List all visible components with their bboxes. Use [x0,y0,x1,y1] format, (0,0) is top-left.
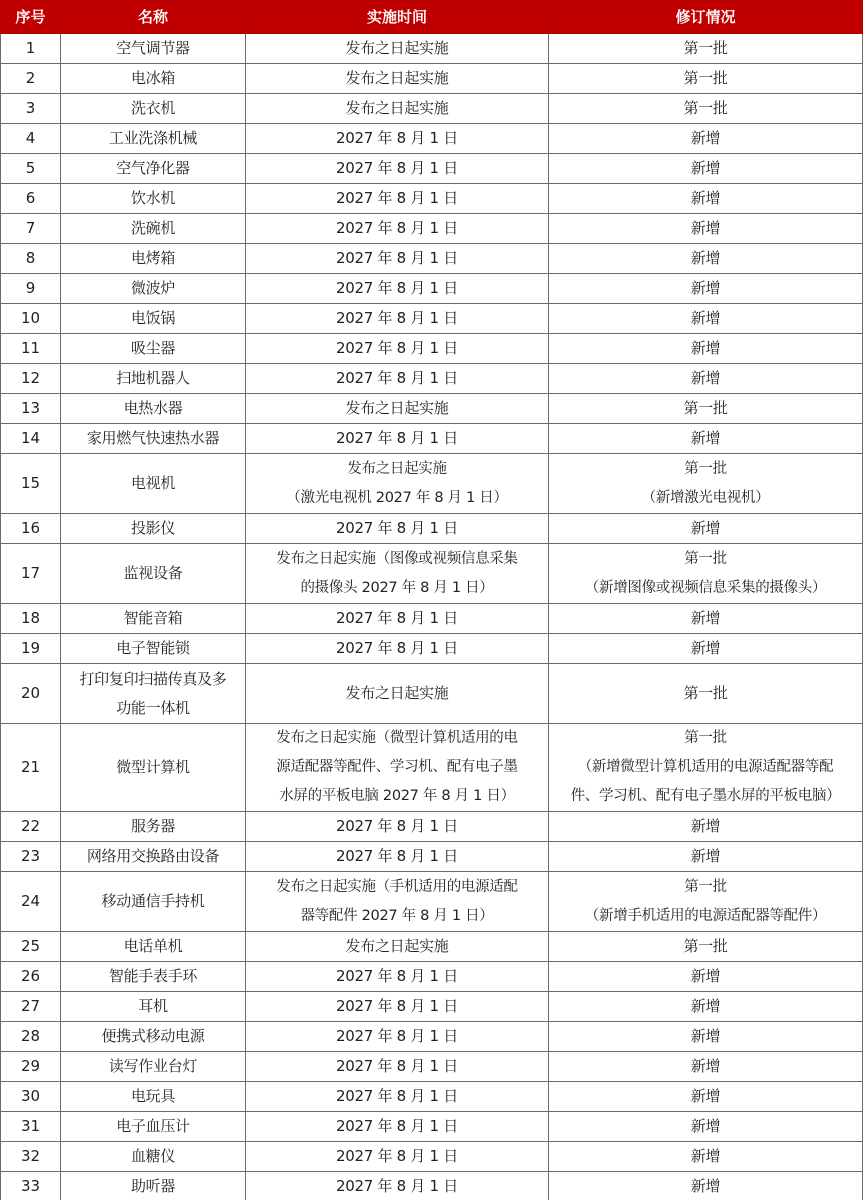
cell-text-line: （激光电视机 2027 年 8 月 1 日） [248,484,546,513]
table-row: 6饮水机2027 年 8 月 1 日新增 [1,184,863,214]
cell-text-line: 发布之日起实施 [248,455,546,484]
cell-revision-status: 新增 [549,812,863,842]
table-row: 4工业洗涤机械2027 年 8 月 1 日新增 [1,124,863,154]
cell-text-line: 功能一体机 [63,694,243,723]
table-row: 12扫地机器人2027 年 8 月 1 日新增 [1,364,863,394]
cell-text-line: 发布之日起实施 [248,34,546,63]
table-row: 1空气调节器发布之日起实施第一批 [1,34,863,64]
cell-text-line: 新增 [551,1022,860,1051]
cell-text-line: 发布之日起实施 [248,94,546,123]
cell-name: 耳机 [61,992,246,1022]
cell-text-line: 电饭锅 [63,304,243,333]
table-row: 30电玩具2027 年 8 月 1 日新增 [1,1082,863,1112]
cell-serial-number: 20 [1,664,61,724]
cell-text-line: 2027 年 8 月 1 日 [248,992,546,1021]
cell-text-line: 发布之日起实施（手机适用的电源适配 [248,873,546,902]
cell-implementation-date: 发布之日起实施（微型计算机适用的电源适配器等配件、学习机、配有电子墨水屏的平板电… [246,724,549,812]
table-row: 22服务器2027 年 8 月 1 日新增 [1,812,863,842]
cell-name: 智能音箱 [61,604,246,634]
table-row: 29读写作业台灯2027 年 8 月 1 日新增 [1,1052,863,1082]
cell-text-line: （新增激光电视机） [551,484,860,513]
cell-text-line: 第一批 [551,94,860,123]
cell-text-line: 电子智能锁 [63,634,243,663]
cell-text-line: 新增 [551,992,860,1021]
cell-revision-status: 第一批 [549,34,863,64]
cell-serial-number: 26 [1,962,61,992]
table-row: 32血糖仪2027 年 8 月 1 日新增 [1,1142,863,1172]
cell-revision-status: 新增 [549,1142,863,1172]
table-row: 15电视机发布之日起实施（激光电视机 2027 年 8 月 1 日）第一批（新增… [1,454,863,514]
cell-serial-number: 27 [1,992,61,1022]
cell-implementation-date: 2027 年 8 月 1 日 [246,1052,549,1082]
table-row: 3洗衣机发布之日起实施第一批 [1,94,863,124]
cell-text-line: 电烤箱 [63,244,243,273]
cell-text-line: 新增 [551,842,860,871]
cell-serial-number: 7 [1,214,61,244]
cell-revision-status: 新增 [549,962,863,992]
cell-text-line: 吸尘器 [63,334,243,363]
cell-implementation-date: 发布之日起实施（激光电视机 2027 年 8 月 1 日） [246,454,549,514]
cell-name: 读写作业台灯 [61,1052,246,1082]
header-implementation-date: 实施时间 [246,1,549,34]
cell-text-line: 发布之日起实施 [248,394,546,423]
cell-name: 服务器 [61,812,246,842]
cell-text-line: 发布之日起实施 [248,932,546,961]
cell-revision-status: 新增 [549,334,863,364]
cell-name: 智能手表手环 [61,962,246,992]
cell-name: 微型计算机 [61,724,246,812]
cell-text-line: 发布之日起实施 [248,64,546,93]
cell-text-line: 电子血压计 [63,1112,243,1141]
cell-text-line: 新增 [551,634,860,663]
table-row: 23网络用交换路由设备2027 年 8 月 1 日新增 [1,842,863,872]
cell-implementation-date: 2027 年 8 月 1 日 [246,962,549,992]
cell-name: 监视设备 [61,544,246,604]
cell-revision-status: 第一批（新增激光电视机） [549,454,863,514]
cell-serial-number: 32 [1,1142,61,1172]
table-row: 28便携式移动电源2027 年 8 月 1 日新增 [1,1022,863,1052]
cell-text-line: （新增图像或视频信息采集的摄像头） [551,574,860,603]
table-row: 18智能音箱2027 年 8 月 1 日新增 [1,604,863,634]
cell-serial-number: 23 [1,842,61,872]
cell-revision-status: 新增 [549,1022,863,1052]
table-row: 8电烤箱2027 年 8 月 1 日新增 [1,244,863,274]
cell-text-line: 服务器 [63,812,243,841]
cell-name: 电玩具 [61,1082,246,1112]
cell-text-line: 扫地机器人 [63,364,243,393]
cell-implementation-date: 2027 年 8 月 1 日 [246,812,549,842]
cell-name: 电视机 [61,454,246,514]
cell-text-line: 新增 [551,1082,860,1111]
cell-text-line: 新增 [551,124,860,153]
cell-text-line: 2027 年 8 月 1 日 [248,334,546,363]
cell-revision-status: 新增 [549,634,863,664]
cell-text-line: 洗碗机 [63,214,243,243]
cell-serial-number: 19 [1,634,61,664]
cell-text-line: 耳机 [63,992,243,1021]
cell-revision-status: 新增 [549,514,863,544]
cell-text-line: 新增 [551,244,860,273]
cell-text-line: 新增 [551,214,860,243]
cell-revision-status: 新增 [549,604,863,634]
cell-revision-status: 新增 [549,214,863,244]
cell-text-line: 电视机 [63,469,243,498]
cell-text-line: 2027 年 8 月 1 日 [248,842,546,871]
cell-text-line: 发布之日起实施 [248,679,546,708]
cell-revision-status: 第一批（新增微型计算机适用的电源适配器等配件、学习机、配有电子墨水屏的平板电脑） [549,724,863,812]
cell-revision-status: 新增 [549,1082,863,1112]
cell-implementation-date: 2027 年 8 月 1 日 [246,604,549,634]
cell-revision-status: 新增 [549,1052,863,1082]
cell-serial-number: 16 [1,514,61,544]
cell-text-line: 第一批 [551,932,860,961]
cell-text-line: 电话单机 [63,932,243,961]
cell-text-line: 智能手表手环 [63,962,243,991]
cell-serial-number: 28 [1,1022,61,1052]
cell-name: 电饭锅 [61,304,246,334]
cell-text-line: 2027 年 8 月 1 日 [248,962,546,991]
cell-text-line: 第一批 [551,679,860,708]
table-row: 21微型计算机发布之日起实施（微型计算机适用的电源适配器等配件、学习机、配有电子… [1,724,863,812]
cell-revision-status: 第一批 [549,394,863,424]
cell-text-line: 工业洗涤机械 [63,124,243,153]
cell-implementation-date: 2027 年 8 月 1 日 [246,1142,549,1172]
cell-serial-number: 31 [1,1112,61,1142]
cell-text-line: 2027 年 8 月 1 日 [248,604,546,633]
cell-text-line: 读写作业台灯 [63,1052,243,1081]
cell-text-line: 血糖仪 [63,1142,243,1171]
cell-implementation-date: 2027 年 8 月 1 日 [246,1172,549,1200]
cell-revision-status: 第一批（新增图像或视频信息采集的摄像头） [549,544,863,604]
cell-implementation-date: 2027 年 8 月 1 日 [246,334,549,364]
cell-implementation-date: 2027 年 8 月 1 日 [246,364,549,394]
cell-implementation-date: 2027 年 8 月 1 日 [246,1082,549,1112]
cell-name: 微波炉 [61,274,246,304]
cell-serial-number: 17 [1,544,61,604]
cell-text-line: 智能音箱 [63,604,243,633]
cell-revision-status: 新增 [549,304,863,334]
cell-implementation-date: 发布之日起实施（手机适用的电源适配器等配件 2027 年 8 月 1 日） [246,872,549,932]
cell-text-line: 2027 年 8 月 1 日 [248,1022,546,1051]
cell-text-line: 2027 年 8 月 1 日 [248,812,546,841]
table-header: 序号 名称 实施时间 修订情况 [1,1,863,34]
cell-text-line: 打印复印扫描传真及多 [63,665,243,694]
cell-serial-number: 13 [1,394,61,424]
table-row: 7洗碗机2027 年 8 月 1 日新增 [1,214,863,244]
cell-text-line: 家用燃气快速热水器 [63,424,243,453]
cell-text-line: 移动通信手持机 [63,887,243,916]
cell-revision-status: 新增 [549,992,863,1022]
cell-implementation-date: 发布之日起实施 [246,932,549,962]
cell-text-line: 新增 [551,364,860,393]
cell-name: 洗衣机 [61,94,246,124]
cell-name: 血糖仪 [61,1142,246,1172]
cell-serial-number: 25 [1,932,61,962]
cell-revision-status: 新增 [549,842,863,872]
cell-implementation-date: 2027 年 8 月 1 日 [246,1022,549,1052]
cell-name: 扫地机器人 [61,364,246,394]
table-row: 19电子智能锁2027 年 8 月 1 日新增 [1,634,863,664]
cell-text-line: 2027 年 8 月 1 日 [248,1112,546,1141]
cell-text-line: 新增 [551,304,860,333]
table-row: 5空气净化器2027 年 8 月 1 日新增 [1,154,863,184]
cell-text-line: 新增 [551,184,860,213]
cell-text-line: 新增 [551,334,860,363]
cell-text-line: 第一批 [551,873,860,902]
cell-text-line: 第一批 [551,455,860,484]
cell-revision-status: 新增 [549,274,863,304]
cell-text-line: 投影仪 [63,514,243,543]
table-row: 20打印复印扫描传真及多功能一体机发布之日起实施第一批 [1,664,863,724]
cell-text-line: 空气调节器 [63,34,243,63]
cell-text-line: 第一批 [551,394,860,423]
table-row: 14家用燃气快速热水器2027 年 8 月 1 日新增 [1,424,863,454]
cell-text-line: 的摄像头 2027 年 8 月 1 日） [248,574,546,603]
cell-name: 移动通信手持机 [61,872,246,932]
cell-name: 电子智能锁 [61,634,246,664]
table-row: 9微波炉2027 年 8 月 1 日新增 [1,274,863,304]
cell-serial-number: 8 [1,244,61,274]
cell-name: 电热水器 [61,394,246,424]
cell-serial-number: 12 [1,364,61,394]
cell-text-line: 微波炉 [63,274,243,303]
cell-text-line: 2027 年 8 月 1 日 [248,634,546,663]
cell-text-line: 监视设备 [63,559,243,588]
cell-text-line: 2027 年 8 月 1 日 [248,1142,546,1171]
table-body: 1空气调节器发布之日起实施第一批2电冰箱发布之日起实施第一批3洗衣机发布之日起实… [1,34,863,1200]
cell-revision-status: 新增 [549,1172,863,1200]
cell-revision-status: 新增 [549,244,863,274]
cell-text-line: 2027 年 8 月 1 日 [248,154,546,183]
cell-text-line: 新增 [551,812,860,841]
cell-serial-number: 11 [1,334,61,364]
header-serial-number: 序号 [1,1,61,34]
cell-text-line: 助听器 [63,1172,243,1200]
cell-text-line: 空气净化器 [63,154,243,183]
table-row: 31电子血压计2027 年 8 月 1 日新增 [1,1112,863,1142]
cell-serial-number: 15 [1,454,61,514]
cell-name: 便携式移动电源 [61,1022,246,1052]
cell-text-line: 发布之日起实施（图像或视频信息采集 [248,545,546,574]
cell-serial-number: 29 [1,1052,61,1082]
cell-implementation-date: 2027 年 8 月 1 日 [246,992,549,1022]
cell-text-line: 2027 年 8 月 1 日 [248,184,546,213]
table-row: 17监视设备发布之日起实施（图像或视频信息采集的摄像头 2027 年 8 月 1… [1,544,863,604]
cell-revision-status: 第一批 [549,94,863,124]
product-implementation-table: 序号 名称 实施时间 修订情况 1空气调节器发布之日起实施第一批2电冰箱发布之日… [0,0,863,1200]
cell-implementation-date: 2027 年 8 月 1 日 [246,244,549,274]
cell-serial-number: 10 [1,304,61,334]
cell-text-line: 2027 年 8 月 1 日 [248,274,546,303]
cell-serial-number: 22 [1,812,61,842]
cell-name: 投影仪 [61,514,246,544]
cell-text-line: 新增 [551,1112,860,1141]
cell-text-line: 2027 年 8 月 1 日 [248,1082,546,1111]
cell-text-line: 件、学习机、配有电子墨水屏的平板电脑） [551,782,860,811]
cell-name: 空气调节器 [61,34,246,64]
cell-name: 助听器 [61,1172,246,1200]
table-row: 24移动通信手持机发布之日起实施（手机适用的电源适配器等配件 2027 年 8 … [1,872,863,932]
cell-name: 打印复印扫描传真及多功能一体机 [61,664,246,724]
cell-text-line: 第一批 [551,34,860,63]
cell-implementation-date: 2027 年 8 月 1 日 [246,184,549,214]
cell-text-line: 微型计算机 [63,753,243,782]
cell-serial-number: 3 [1,94,61,124]
cell-serial-number: 33 [1,1172,61,1200]
cell-implementation-date: 2027 年 8 月 1 日 [246,304,549,334]
cell-revision-status: 新增 [549,184,863,214]
table-row: 2电冰箱发布之日起实施第一批 [1,64,863,94]
cell-text-line: 第一批 [551,545,860,574]
cell-text-line: 新增 [551,962,860,991]
cell-text-line: 电热水器 [63,394,243,423]
cell-name: 饮水机 [61,184,246,214]
cell-implementation-date: 2027 年 8 月 1 日 [246,634,549,664]
cell-text-line: 电玩具 [63,1082,243,1111]
header-name: 名称 [61,1,246,34]
cell-revision-status: 新增 [549,154,863,184]
cell-implementation-date: 发布之日起实施 [246,34,549,64]
cell-implementation-date: 发布之日起实施 [246,394,549,424]
cell-revision-status: 第一批 [549,932,863,962]
header-row: 序号 名称 实施时间 修订情况 [1,1,863,34]
cell-text-line: 网络用交换路由设备 [63,842,243,871]
cell-implementation-date: 2027 年 8 月 1 日 [246,124,549,154]
cell-implementation-date: 2027 年 8 月 1 日 [246,514,549,544]
cell-serial-number: 5 [1,154,61,184]
cell-text-line: 新增 [551,514,860,543]
cell-text-line: 新增 [551,274,860,303]
cell-serial-number: 9 [1,274,61,304]
cell-name: 电话单机 [61,932,246,962]
table-row: 26智能手表手环2027 年 8 月 1 日新增 [1,962,863,992]
cell-name: 空气净化器 [61,154,246,184]
cell-text-line: 2027 年 8 月 1 日 [248,214,546,243]
cell-text-line: 2027 年 8 月 1 日 [248,364,546,393]
cell-serial-number: 6 [1,184,61,214]
cell-serial-number: 21 [1,724,61,812]
cell-text-line: 饮水机 [63,184,243,213]
cell-text-line: （新增手机适用的电源适配器等配件） [551,902,860,931]
cell-name: 洗碗机 [61,214,246,244]
cell-revision-status: 第一批（新增手机适用的电源适配器等配件） [549,872,863,932]
cell-name: 家用燃气快速热水器 [61,424,246,454]
cell-implementation-date: 发布之日起实施 [246,94,549,124]
cell-text-line: 水屏的平板电脑 2027 年 8 月 1 日） [248,782,546,811]
table-row: 33助听器2027 年 8 月 1 日新增 [1,1172,863,1200]
cell-text-line: 新增 [551,154,860,183]
cell-text-line: 新增 [551,604,860,633]
cell-serial-number: 14 [1,424,61,454]
cell-text-line: 2027 年 8 月 1 日 [248,244,546,273]
cell-text-line: 新增 [551,424,860,453]
cell-implementation-date: 发布之日起实施 [246,664,549,724]
cell-implementation-date: 2027 年 8 月 1 日 [246,154,549,184]
cell-revision-status: 新增 [549,364,863,394]
cell-text-line: 器等配件 2027 年 8 月 1 日） [248,902,546,931]
cell-serial-number: 30 [1,1082,61,1112]
cell-implementation-date: 发布之日起实施 [246,64,549,94]
cell-text-line: 新增 [551,1052,860,1081]
cell-implementation-date: 2027 年 8 月 1 日 [246,214,549,244]
cell-text-line: 第一批 [551,64,860,93]
cell-text-line: 2027 年 8 月 1 日 [248,1172,546,1200]
cell-name: 网络用交换路由设备 [61,842,246,872]
cell-serial-number: 2 [1,64,61,94]
cell-text-line: 第一批 [551,724,860,753]
cell-implementation-date: 2027 年 8 月 1 日 [246,274,549,304]
header-revision-status: 修订情况 [549,1,863,34]
cell-name: 电子血压计 [61,1112,246,1142]
cell-text-line: 发布之日起实施（微型计算机适用的电 [248,724,546,753]
cell-revision-status: 新增 [549,424,863,454]
table-row: 16投影仪2027 年 8 月 1 日新增 [1,514,863,544]
cell-revision-status: 第一批 [549,664,863,724]
table-row: 27耳机2027 年 8 月 1 日新增 [1,992,863,1022]
cell-revision-status: 第一批 [549,64,863,94]
cell-revision-status: 新增 [549,1112,863,1142]
cell-text-line: 源适配器等配件、学习机、配有电子墨 [248,753,546,782]
table-row: 13电热水器发布之日起实施第一批 [1,394,863,424]
cell-name: 工业洗涤机械 [61,124,246,154]
cell-serial-number: 24 [1,872,61,932]
cell-text-line: 2027 年 8 月 1 日 [248,304,546,333]
cell-text-line: 电冰箱 [63,64,243,93]
cell-text-line: 新增 [551,1142,860,1171]
cell-text-line: 便携式移动电源 [63,1022,243,1051]
cell-text-line: （新增微型计算机适用的电源适配器等配 [551,753,860,782]
cell-text-line: 2027 年 8 月 1 日 [248,514,546,543]
cell-name: 吸尘器 [61,334,246,364]
cell-implementation-date: 发布之日起实施（图像或视频信息采集的摄像头 2027 年 8 月 1 日） [246,544,549,604]
cell-serial-number: 1 [1,34,61,64]
cell-text-line: 2027 年 8 月 1 日 [248,1052,546,1081]
cell-text-line: 2027 年 8 月 1 日 [248,124,546,153]
cell-implementation-date: 2027 年 8 月 1 日 [246,1112,549,1142]
cell-text-line: 2027 年 8 月 1 日 [248,424,546,453]
cell-text-line: 新增 [551,1172,860,1200]
table-row: 11吸尘器2027 年 8 月 1 日新增 [1,334,863,364]
cell-serial-number: 4 [1,124,61,154]
cell-name: 电冰箱 [61,64,246,94]
cell-text-line: 洗衣机 [63,94,243,123]
table-row: 25电话单机发布之日起实施第一批 [1,932,863,962]
cell-implementation-date: 2027 年 8 月 1 日 [246,842,549,872]
table-row: 10电饭锅2027 年 8 月 1 日新增 [1,304,863,334]
cell-serial-number: 18 [1,604,61,634]
cell-name: 电烤箱 [61,244,246,274]
cell-implementation-date: 2027 年 8 月 1 日 [246,424,549,454]
cell-revision-status: 新增 [549,124,863,154]
